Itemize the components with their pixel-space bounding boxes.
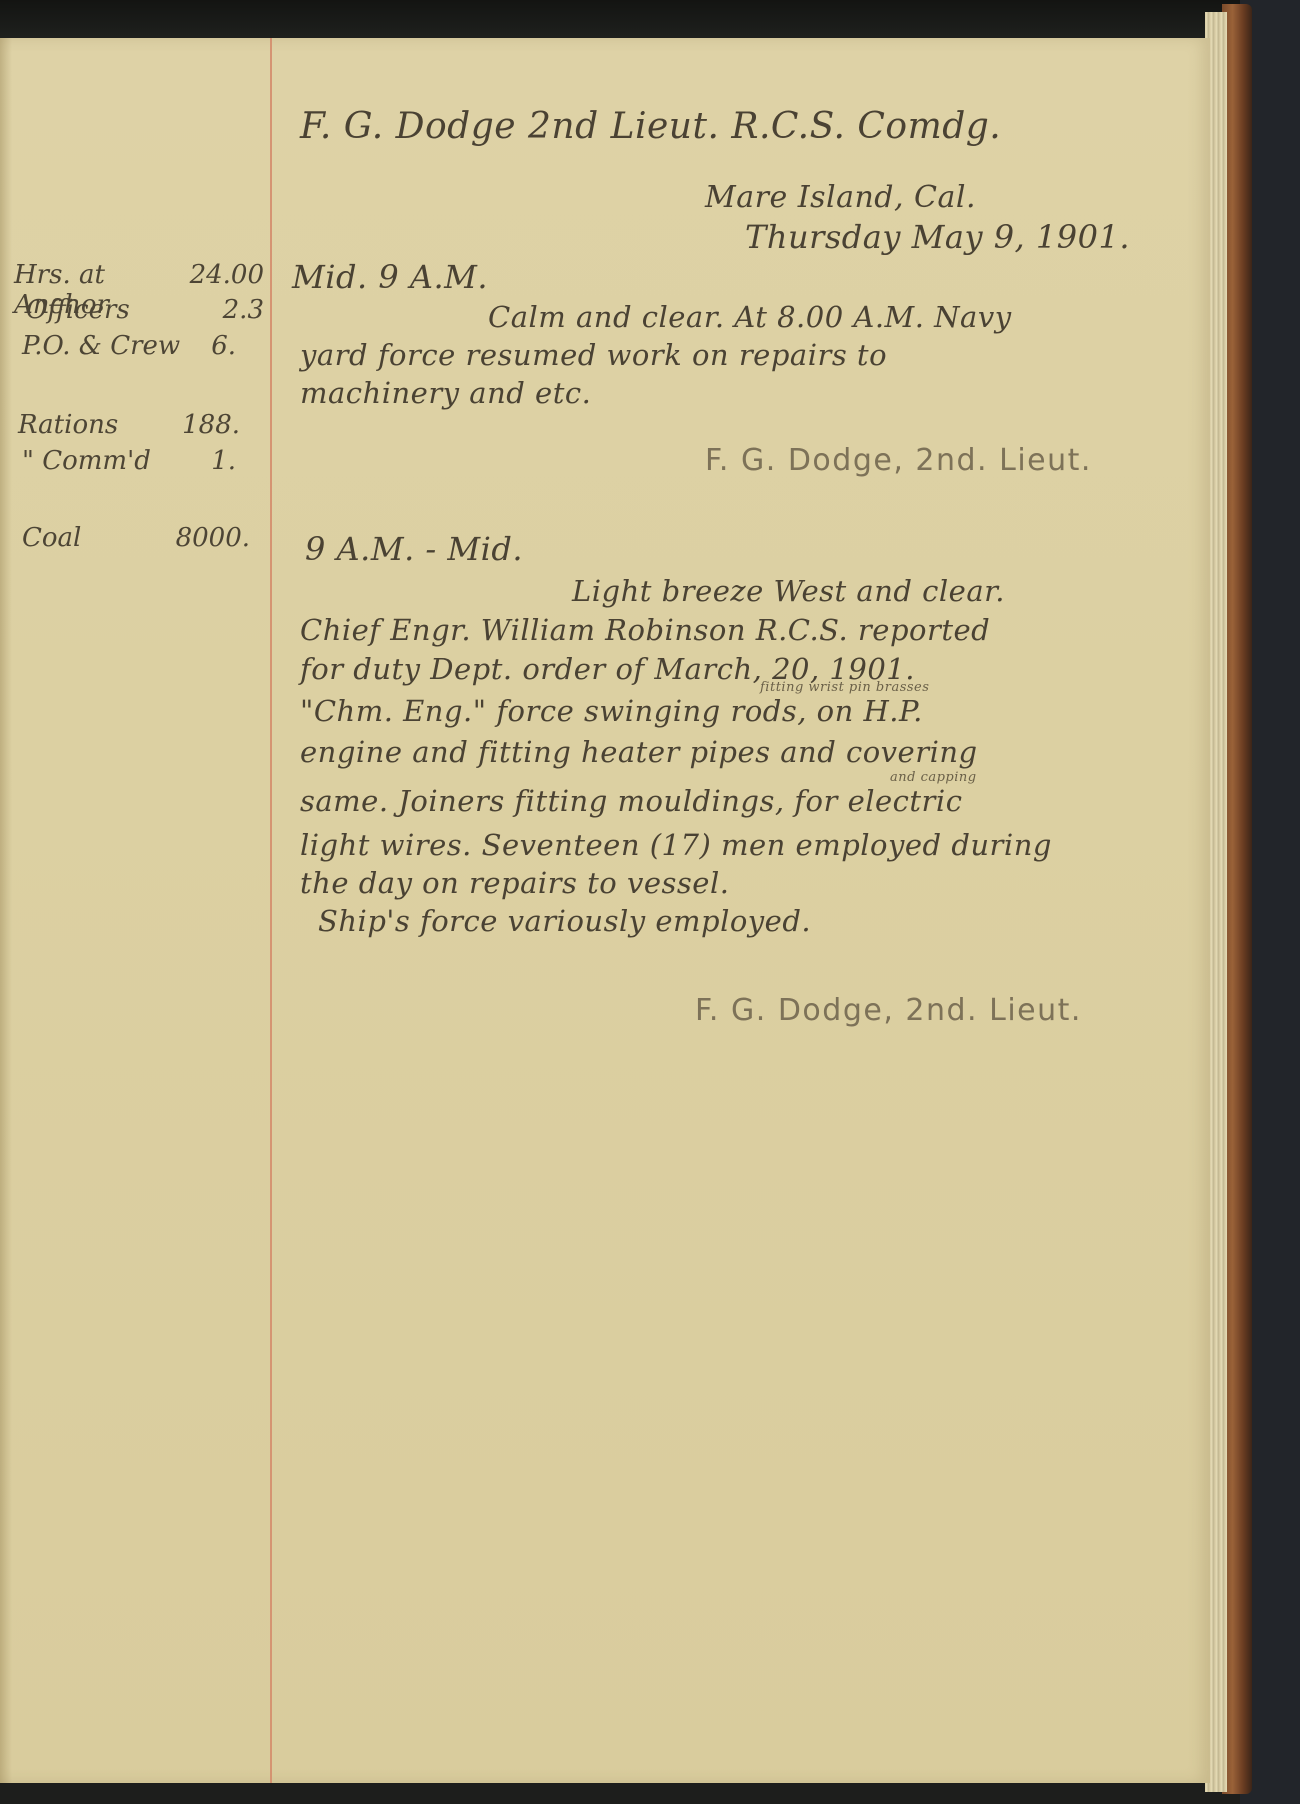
page-gutter-shadow <box>0 38 12 1783</box>
ledger-label: P.O. & Crew <box>22 331 180 361</box>
entry-1-line-2: yard force resumed work on repairs to <box>300 338 887 372</box>
entry-2-line-1: Light breeze West and clear. <box>572 574 1005 608</box>
interlinear-note-wrist-pin: fitting wrist pin brasses <box>760 680 929 695</box>
entry-2-watch: 9 A.M. - Mid. <box>305 530 523 568</box>
entry-1-line-3: machinery and etc. <box>300 376 591 410</box>
entry-2-line-6: same. Joiners fitting mouldings, for ele… <box>300 784 962 818</box>
ledger-value: 8000. <box>176 523 250 553</box>
ledger-label: Rations <box>18 410 118 440</box>
ledger-value: 1. <box>211 446 236 476</box>
entry-1-line-1: Calm and clear. At 8.00 A.M. Navy <box>488 300 1012 334</box>
ledger-label: Coal <box>22 523 81 553</box>
log-page: F. G. Dodge 2nd Lieut. R.C.S. Comdg. Mar… <box>0 38 1210 1783</box>
date-line: Thursday May 9, 1901. <box>745 218 1130 256</box>
entry-2-signature: F. G. Dodge, 2nd. Lieut. <box>695 993 1082 1028</box>
location-line: Mare Island, Cal. <box>705 180 976 215</box>
ledger-value: 2.3 <box>223 295 264 325</box>
entry-1-signature: F. G. Dodge, 2nd. Lieut. <box>705 443 1092 478</box>
ledger-row-coal: Coal 8000. <box>22 523 250 553</box>
ledger-label: " Comm'd <box>22 446 151 476</box>
entry-2-line-2: Chief Engr. William Robinson R.C.S. repo… <box>300 613 990 647</box>
ledger-label: Officers <box>26 295 130 325</box>
ledger-value: 188. <box>182 410 240 440</box>
entry-2-line-7: light wires. Seventeen (17) men employed… <box>300 828 1052 862</box>
ledger-row-commuted: " Comm'd 1. <box>22 446 236 476</box>
commander-heading: F. G. Dodge 2nd Lieut. R.C.S. Comdg. <box>300 106 1001 147</box>
ledger-row-officers: Officers 2.3 <box>26 295 264 325</box>
entry-2-line-5: engine and fitting heater pipes and cove… <box>300 735 978 769</box>
entry-1-watch: Mid. 9 A.M. <box>292 258 488 296</box>
scan-backdrop-top <box>0 0 1300 40</box>
ledger-row-crew: P.O. & Crew 6. <box>22 331 236 361</box>
entry-2-line-4: "Chm. Eng." force swinging rods, on H.P. <box>300 694 923 728</box>
interlinear-note-capping: and capping <box>890 770 977 785</box>
entry-2-line-9: Ship's force variously employed. <box>318 904 811 938</box>
ledger-row-rations: Rations 188. <box>18 410 240 440</box>
margin-rule-line <box>270 38 272 1783</box>
entry-2-line-8: the day on repairs to vessel. <box>300 866 729 900</box>
ledger-value: 6. <box>211 331 236 361</box>
